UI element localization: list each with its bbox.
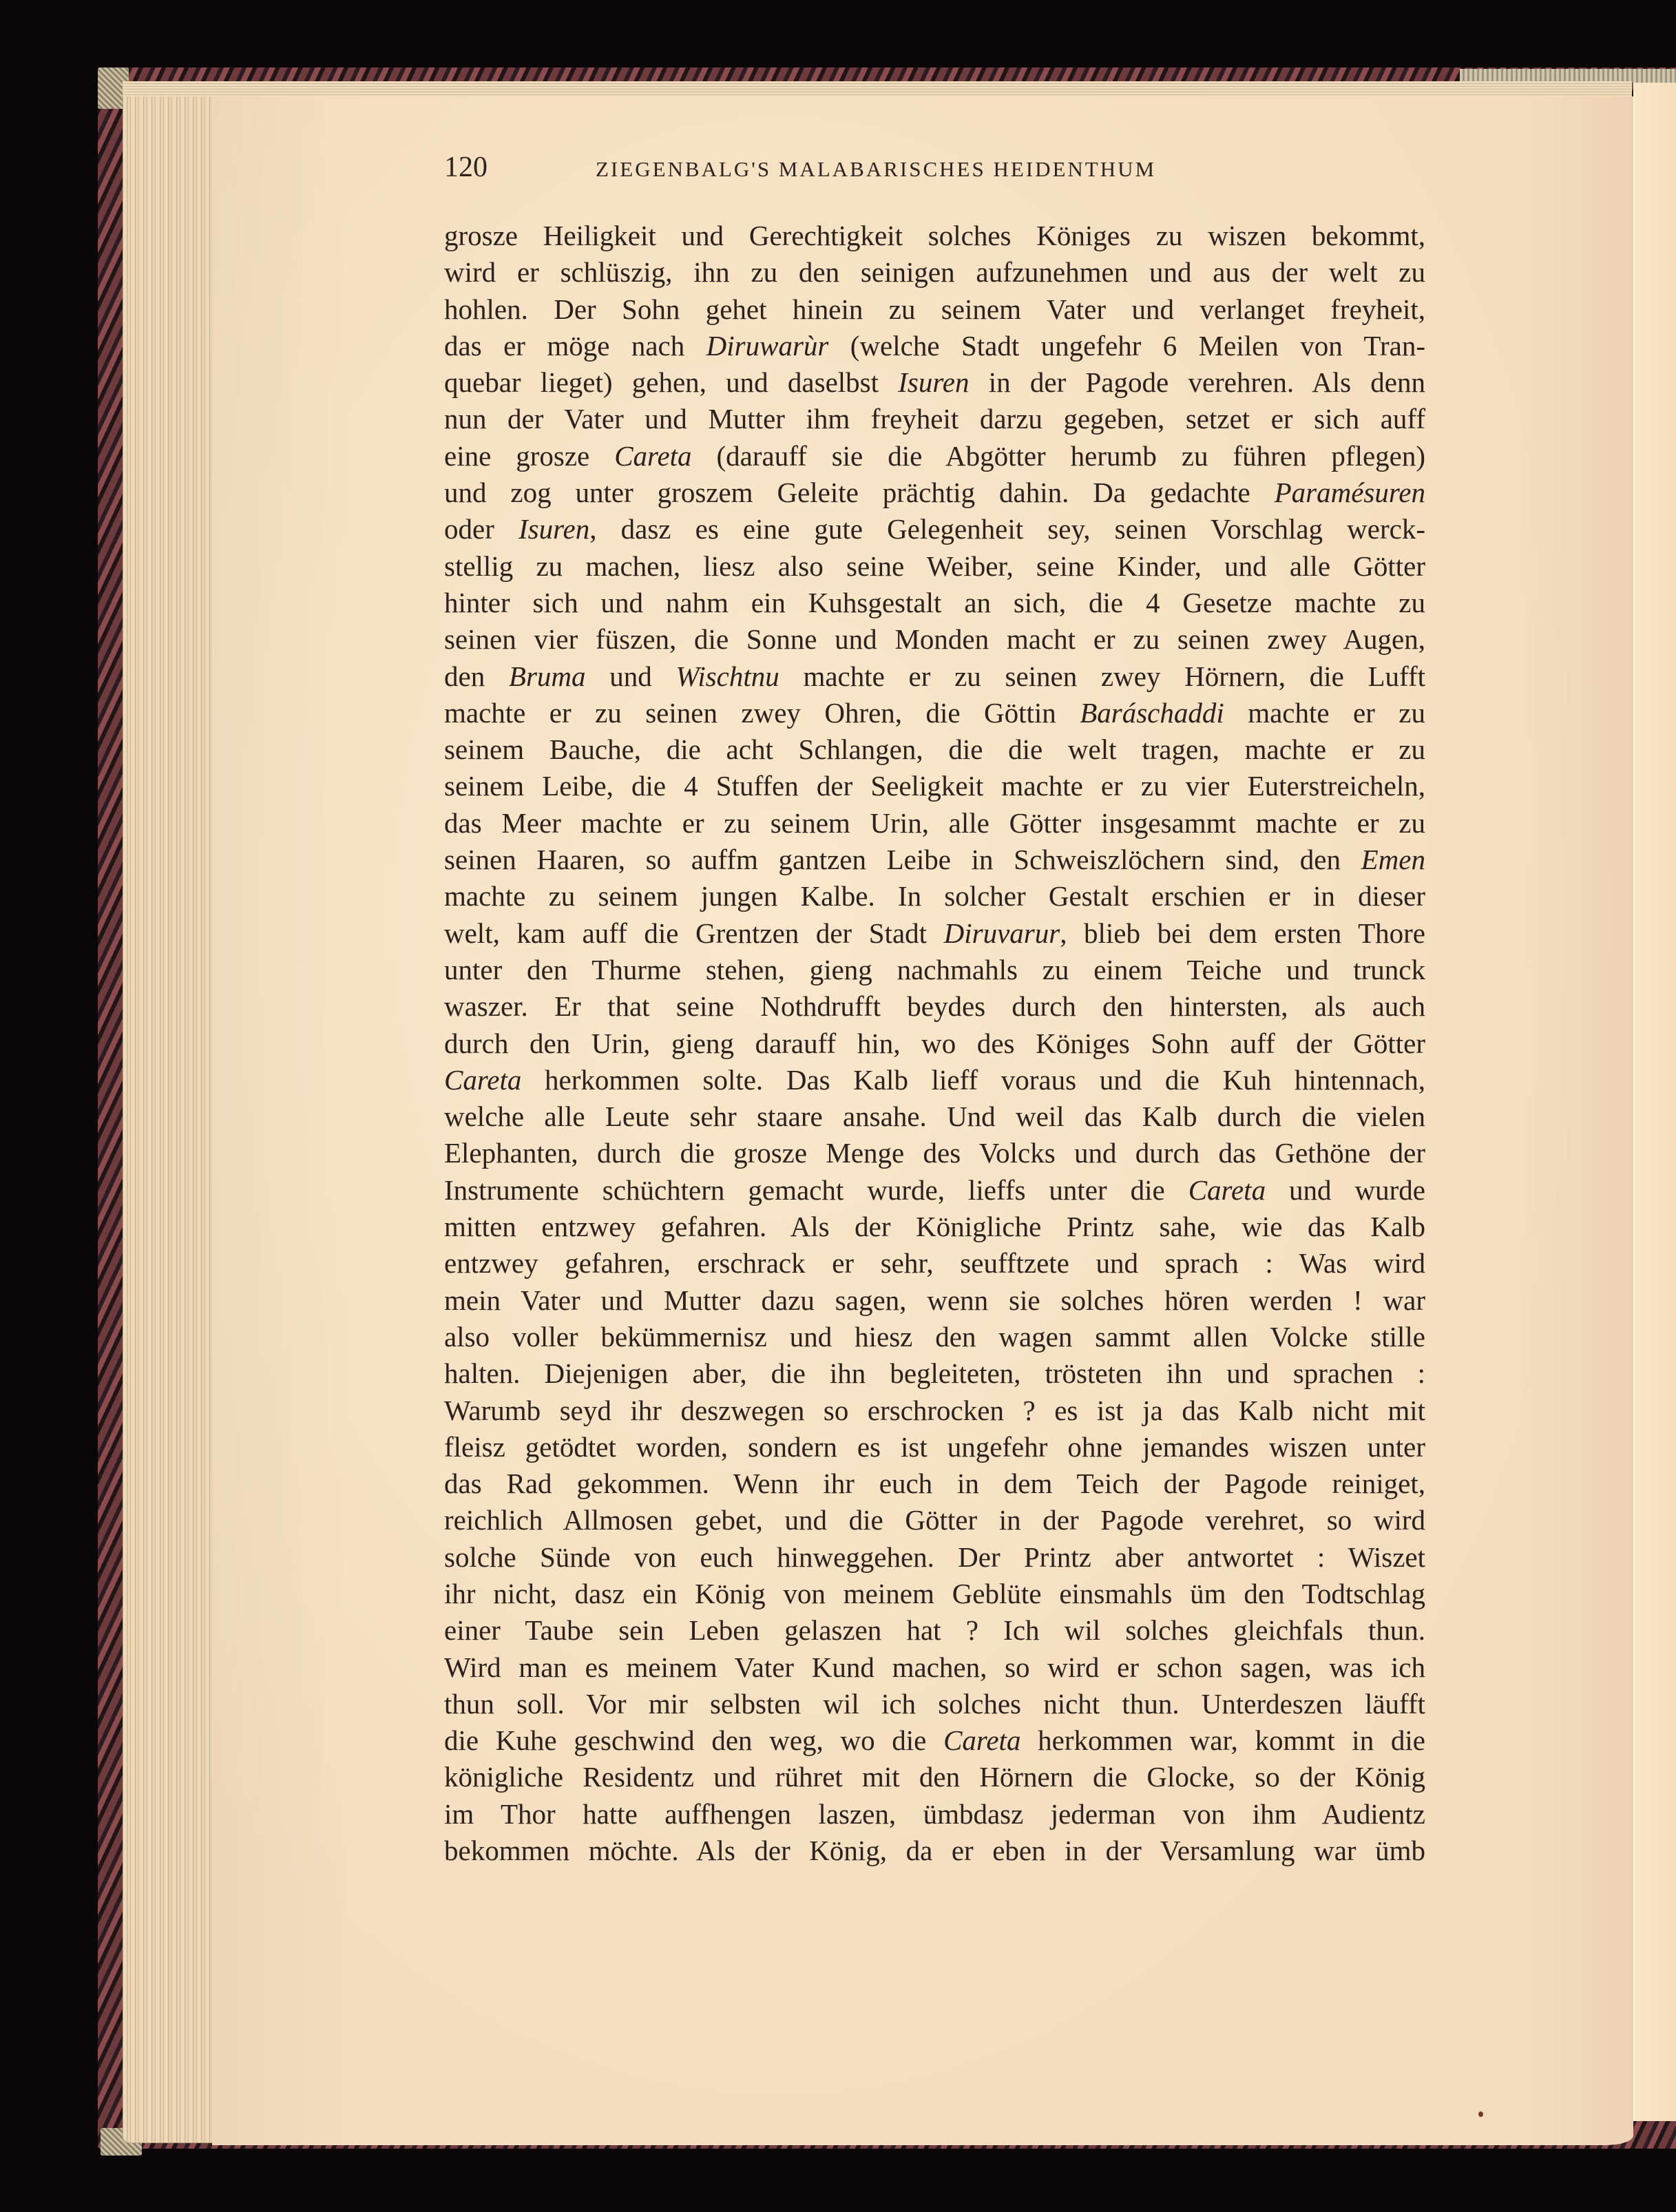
text-line: quebar lieget) gehen, und daselbst Isure… <box>444 364 1425 401</box>
text-line: entzwey gefahren, erschrack er sehr, seu… <box>444 1245 1425 1282</box>
italic-term: Careta <box>1188 1174 1266 1206</box>
text-line: machte zu seinem jungen Kalbe. In solche… <box>444 878 1425 915</box>
text-run: königliche Residentz und rühret mit den … <box>444 1761 1425 1793</box>
text-run: waszer. Er that seine Nothdrufft beydes … <box>444 990 1425 1022</box>
text-run: reichlich Allmosen gebet, und die Götter… <box>444 1504 1425 1536</box>
text-run: grosze Heiligkeit und Gerechtigkeit solc… <box>444 220 1425 251</box>
text-line: waszer. Er that seine Nothdrufft beydes … <box>444 988 1425 1025</box>
text-run: den <box>444 660 509 692</box>
text-run: Elephanten, durch die grosze Menge des V… <box>444 1137 1425 1169</box>
page-number: 120 <box>444 150 488 185</box>
italic-term: Diruvarur <box>944 917 1060 949</box>
spine-cloth <box>1460 69 1676 83</box>
text-run: seinem Bauche, die acht Schlangen, die d… <box>444 733 1425 765</box>
running-title: ZIEGENBALG'S MALABARISCHES HEIDENTHUM <box>596 154 1156 185</box>
text-run: und <box>586 660 676 692</box>
text-run: seinen vier füszen, die Sonne und Monden… <box>444 623 1425 655</box>
text-run: eine grosze <box>444 440 614 472</box>
text-run: stellig zu machen, liesz also seine Weib… <box>444 550 1425 582</box>
page-stack-top-edge <box>123 81 1632 96</box>
text-line: welt, kam auff die Grentzen der Stadt Di… <box>444 915 1425 952</box>
text-run: , dasz es eine gute Gelegenheit sey, sei… <box>589 513 1425 545</box>
text-run: das Meer machte er zu seinem Urin, alle … <box>444 807 1425 839</box>
italic-term: Careta <box>614 440 691 472</box>
italic-term: Bruma <box>509 660 586 692</box>
italic-term: Paramésuren <box>1275 477 1425 508</box>
text-run: das Rad gekommen. Wenn ihr euch in dem T… <box>444 1468 1425 1499</box>
italic-term: Wischtnu <box>675 660 779 692</box>
text-run: seinen Haaren, so auffm gantzen Leibe in… <box>444 844 1361 875</box>
text-line: Instrumente schüchtern gemacht wurde, li… <box>444 1172 1425 1209</box>
text-line: den Bruma und Wischtnu machte er zu sein… <box>444 658 1425 695</box>
text-line: grosze Heiligkeit und Gerechtigkeit solc… <box>444 218 1425 254</box>
text-line: fleisz getödtet worden, sondern es ist u… <box>444 1429 1425 1465</box>
italic-term: Emen <box>1361 844 1425 875</box>
text-line: unter den Thurme stehen, gieng nachmahls… <box>444 952 1425 988</box>
text-line: eine grosze Careta (darauff sie die Abgö… <box>444 438 1425 474</box>
italic-term: Diruwarùr <box>706 330 829 362</box>
text-run: Instrumente schüchtern gemacht wurde, li… <box>444 1174 1188 1206</box>
text-run: also voller bekümmernisz und hiesz den w… <box>444 1321 1425 1353</box>
text-run: (darauff sie die Abgötter herumb zu führ… <box>692 440 1425 472</box>
text-run: und zog unter groszem Geleite prächtig d… <box>444 477 1275 508</box>
text-run: im Thor hatte auffhengen laszen, ümbdasz… <box>444 1798 1425 1830</box>
text-line: mein Vater und Mutter dazu sagen, wenn s… <box>444 1282 1425 1319</box>
text-run: seinem Leibe, die 4 Stuffen der Seeligke… <box>444 770 1425 802</box>
text-run: machte er zu seinen zwey Hörnern, die Lu… <box>779 660 1425 692</box>
text-line: stellig zu machen, liesz also seine Weib… <box>444 548 1425 585</box>
text-line: einer Taube sein Leben gelaszen hat ? Ic… <box>444 1612 1425 1649</box>
text-run: bekommen möchte. Als der König, da er eb… <box>444 1835 1425 1866</box>
italic-term: Isuren <box>518 513 589 545</box>
text-line: und zog unter groszem Geleite prächtig d… <box>444 474 1425 511</box>
text-run: welche alle Leute sehr staare ansahe. Un… <box>444 1100 1425 1132</box>
text-run: unter den Thurme stehen, gieng nachmahls… <box>444 954 1425 985</box>
text-line: hinter sich und nahm ein Kuhsgestalt an … <box>444 585 1425 621</box>
text-line: solche Sünde von euch hinweggehen. Der P… <box>444 1539 1425 1576</box>
text-line: die Kuhe geschwind den weg, wo die Caret… <box>444 1722 1425 1759</box>
text-run: machte er zu <box>1224 697 1425 729</box>
text-line: seinen vier füszen, die Sonne und Monden… <box>444 621 1425 658</box>
text-line: durch den Urin, gieng darauff hin, wo de… <box>444 1025 1425 1062</box>
text-run: einer Taube sein Leben gelaszen hat ? Ic… <box>444 1614 1425 1646</box>
text-run: in der Pagode verehren. Als denn <box>970 366 1425 398</box>
italic-term: Careta <box>943 1724 1020 1756</box>
foxing-spot <box>1478 2111 1483 2117</box>
text-line: mitten entzwey gefahren. Als der Königli… <box>444 1209 1425 1245</box>
text-line: hohlen. Der Sohn gehet hinein zu seinem … <box>444 291 1425 328</box>
text-run: halten. Diejenigen aber, die ihn begleit… <box>444 1357 1425 1389</box>
text-run: die Kuhe geschwind den weg, wo die <box>444 1724 943 1756</box>
text-line: das er möge nach Diruwarùr (welche Stadt… <box>444 328 1425 364</box>
text-run: nun der Vater und Mutter ihm freyheit da… <box>444 403 1425 435</box>
text-run: (welche Stadt ungefehr 6 Meilen von Tran… <box>828 330 1425 362</box>
text-run: ihr nicht, dasz ein König von meinem Geb… <box>444 1578 1425 1609</box>
text-line: seinem Leibe, die 4 Stuffen der Seeligke… <box>444 768 1425 804</box>
text-line: ihr nicht, dasz ein König von meinem Geb… <box>444 1576 1425 1612</box>
text-run: Wird man es meinem Vater Kund machen, so… <box>444 1651 1425 1683</box>
text-line: welche alle Leute sehr staare ansahe. Un… <box>444 1098 1425 1135</box>
text-run: Warumb seyd ihr deszwegen so erschrocken… <box>444 1395 1425 1426</box>
text-run: welt, kam auff die Grentzen der Stadt <box>444 917 944 949</box>
text-run: herkommen war, kommt in die <box>1020 1724 1425 1756</box>
text-line: machte er zu seinen zwey Ohren, die Gött… <box>444 695 1425 731</box>
text-run: durch den Urin, gieng darauff hin, wo de… <box>444 1027 1425 1059</box>
body-text: grosze Heiligkeit und Gerechtigkeit solc… <box>444 218 1425 1869</box>
text-run: thun soll. Vor mir selbsten wil ich solc… <box>444 1688 1425 1720</box>
italic-term: Careta <box>444 1064 521 1096</box>
text-run: herkommen solte. Das Kalb lieff voraus u… <box>521 1064 1425 1096</box>
text-run: wird er schlüszig, ihn zu den seinigen a… <box>444 256 1425 288</box>
text-line: also voller bekümmernisz und hiesz den w… <box>444 1319 1425 1355</box>
text-run: solche Sünde von euch hinweggehen. Der P… <box>444 1541 1425 1573</box>
text-line: königliche Residentz und rühret mit den … <box>444 1759 1425 1795</box>
page-stack-edge <box>123 84 215 2143</box>
facing-page-sliver <box>1633 83 1676 2121</box>
text-line: Elephanten, durch die grosze Menge des V… <box>444 1135 1425 1171</box>
text-run: machte zu seinem jungen Kalbe. In solche… <box>444 880 1425 912</box>
running-head: 120 ZIEGENBALG'S MALABARISCHES HEIDENTHU… <box>444 150 1425 185</box>
text-run: quebar lieget) gehen, und daselbst <box>444 366 898 398</box>
text-run: , blieb bei dem ersten Thore <box>1060 917 1425 949</box>
text-run: und wurde <box>1266 1174 1425 1206</box>
text-run: das er möge nach <box>444 330 706 362</box>
text-run: hinter sich und nahm ein Kuhsgestalt an … <box>444 587 1425 618</box>
text-line: seinen Haaren, so auffm gantzen Leibe in… <box>444 842 1425 878</box>
text-line: thun soll. Vor mir selbsten wil ich solc… <box>444 1686 1425 1722</box>
text-run: machte er zu seinen zwey Ohren, die Gött… <box>444 697 1080 729</box>
text-line: bekommen möchte. Als der König, da er eb… <box>444 1833 1425 1869</box>
text-line: Careta herkommen solte. Das Kalb lieff v… <box>444 1062 1425 1098</box>
text-run: hohlen. Der Sohn gehet hinein zu seinem … <box>444 293 1425 325</box>
text-line: das Rad gekommen. Wenn ihr euch in dem T… <box>444 1465 1425 1502</box>
text-line: oder Isuren, dasz es eine gute Gelegenhe… <box>444 511 1425 547</box>
text-line: Wird man es meinem Vater Kund machen, so… <box>444 1649 1425 1686</box>
text-line: nun der Vater und Mutter ihm freyheit da… <box>444 401 1425 437</box>
text-line: seinem Bauche, die acht Schlangen, die d… <box>444 731 1425 768</box>
text-run: mein Vater und Mutter dazu sagen, wenn s… <box>444 1284 1425 1316</box>
text-line: wird er schlüszig, ihn zu den seinigen a… <box>444 254 1425 291</box>
italic-term: Isuren <box>898 366 969 398</box>
text-line: Warumb seyd ihr deszwegen so erschrocken… <box>444 1392 1425 1429</box>
text-run: fleisz getödtet worden, sondern es ist u… <box>444 1431 1425 1463</box>
text-run: oder <box>444 513 518 545</box>
text-line: im Thor hatte auffhengen laszen, ümbdasz… <box>444 1796 1425 1833</box>
text-line: das Meer machte er zu seinem Urin, alle … <box>444 805 1425 842</box>
text-run: mitten entzwey gefahren. Als der Königli… <box>444 1211 1425 1242</box>
italic-term: Baráschaddi <box>1080 697 1224 729</box>
text-run: entzwey gefahren, erschrack er sehr, seu… <box>444 1247 1425 1279</box>
text-line: halten. Diejenigen aber, die ihn begleit… <box>444 1355 1425 1392</box>
text-line: reichlich Allmosen gebet, und die Götter… <box>444 1502 1425 1538</box>
